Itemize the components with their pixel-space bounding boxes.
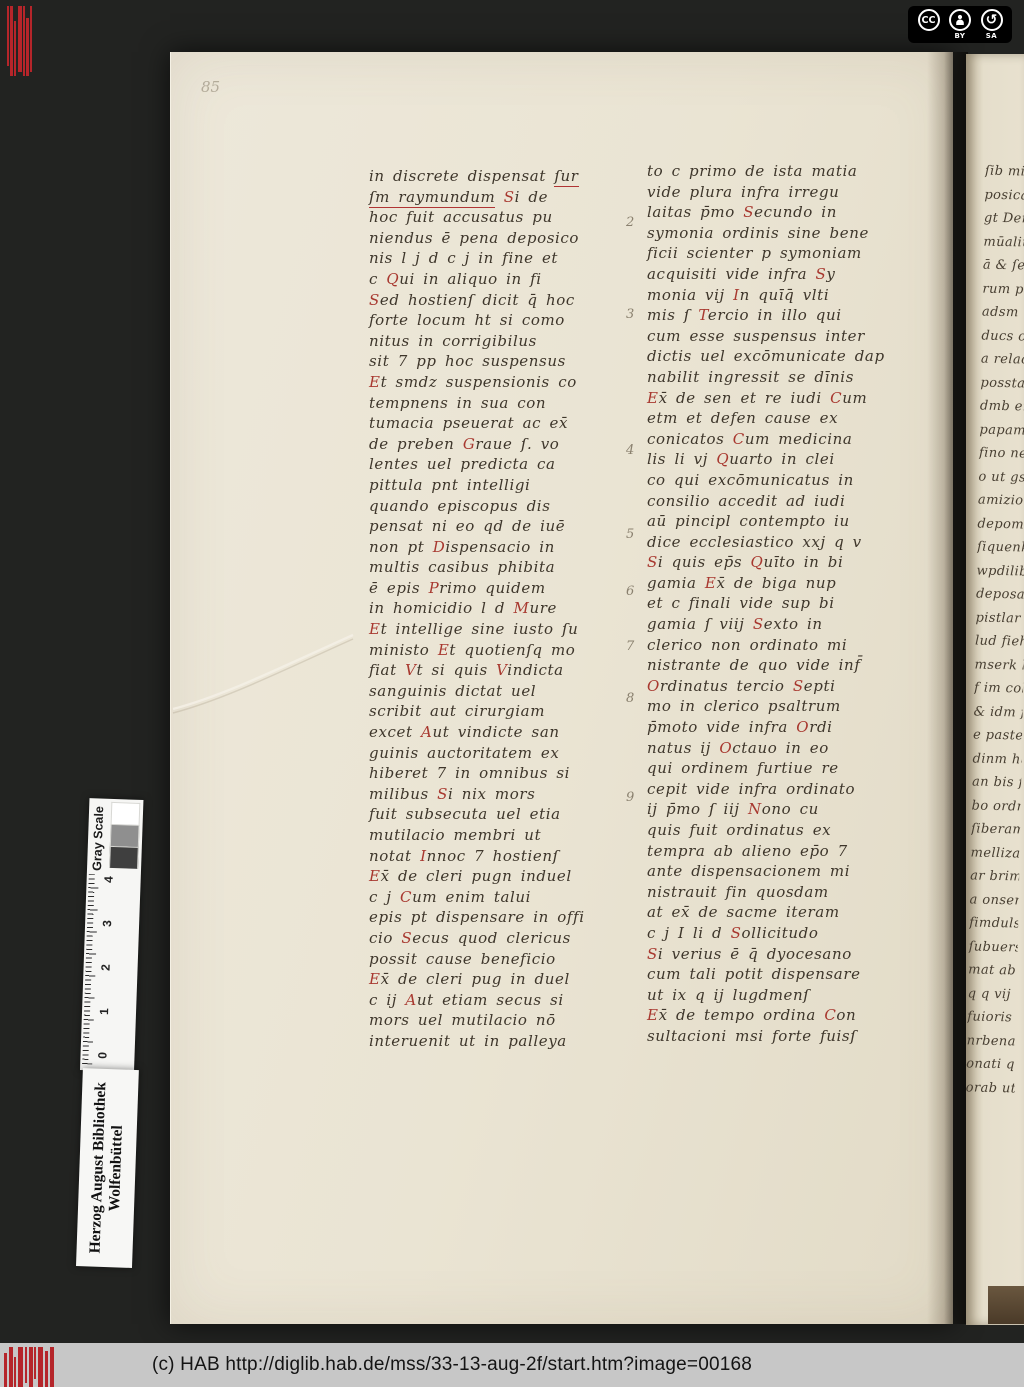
manuscript-line: epis pt dispensare in offi <box>369 908 627 929</box>
cc-license-badge[interactable]: CC BY ↺ SA <box>908 6 1012 43</box>
rubricated-text: S <box>743 203 754 221</box>
rubricated-text: G <box>463 435 476 453</box>
manuscript-line: c j Cum enim talui <box>369 888 627 909</box>
manuscript-line: hiberet 7 in omnibus si <box>369 764 627 785</box>
ruler-number: 0 <box>95 1052 109 1059</box>
manuscript-line: aū pincipl contempto iu <box>647 512 943 533</box>
facing-page-line: bo ordme <box>971 798 1020 823</box>
facing-page-line: ā & ſen c <box>983 258 1024 283</box>
rubricated-text: E <box>647 1006 659 1024</box>
manuscript-line: acquisiti vide infra Sy <box>647 265 943 286</box>
manuscript-line: gamia Ex̄ de biga nup <box>647 574 943 595</box>
manuscript-line: Ex̄ de cleri pug in duel <box>369 970 627 991</box>
manuscript-line: in homicidio l d Mure <box>369 599 627 620</box>
facing-page-line: possta e f <box>980 375 1024 400</box>
manuscript-line: to c primo de ista matia <box>647 162 943 183</box>
rubricated-text: S <box>647 553 658 571</box>
facing-page-line: amizio <box>978 493 1024 518</box>
facing-page-line: pistlar p <box>975 610 1024 635</box>
manuscript-line: natus ij Octauo in eo <box>647 739 943 760</box>
manuscript-line: cum esse suspensus inter <box>647 327 943 348</box>
rubricated-text: D <box>433 538 446 556</box>
manuscript-line: Et intellige sine iusto ſu <box>369 620 627 641</box>
manuscript-line: conicatos Cum medicina <box>647 430 943 451</box>
copyright-text: (c) HAB http://diglib.hab.de/mss/33-13-a… <box>0 1343 904 1387</box>
rubricated-text: S <box>401 929 412 947</box>
facing-page-line: ſib micod <box>985 164 1024 189</box>
manuscript-line: milibus Si nix mors <box>369 785 627 806</box>
manuscript-line: interuenit ut in palleya <box>369 1032 627 1053</box>
facing-page-line: lud fieh <box>975 633 1024 658</box>
facing-page-line: adsm mō <box>982 305 1024 330</box>
rubricated-text: S <box>437 785 448 803</box>
manuscript-line: vide plura infra irregu <box>647 183 943 204</box>
manuscript-line: Sed hostienſ dicit q̄ hoc <box>369 291 627 312</box>
rubricated-text: A <box>405 991 416 1009</box>
manuscript-page: 85 in discrete dispensat ſurſm raymundum… <box>170 52 953 1324</box>
library-label-card: Herzog August Bibliothek Wolfenbüttel <box>76 1068 134 1266</box>
cc-icon: CC <box>918 9 940 31</box>
manuscript-line: fiat Vt si quis Vindicta <box>369 661 627 682</box>
facing-page-line: mat ab bi <box>968 962 1017 987</box>
manuscript-line: possit cause beneficio <box>369 950 627 971</box>
manuscript-line: fuit subsecuta uel etia <box>369 805 627 826</box>
rubricated-text: I <box>733 286 740 304</box>
book-edge <box>988 1286 1024 1324</box>
rubricated-text: A <box>421 723 432 741</box>
red-underlined-text: ſur <box>554 167 578 187</box>
manuscript-line: sultacioni msi forte fuisſ <box>647 1027 943 1048</box>
facing-page-line: e pastea <box>973 727 1022 752</box>
facing-page-line: rum pino <box>982 281 1024 306</box>
manuscript-line: excet Aut vindicte san <box>369 723 627 744</box>
manuscript-line: ut ix q ij lugdmenſ <box>647 986 943 1007</box>
facing-page-line: mserk bie <box>974 657 1023 682</box>
manuscript-line: nistrauit fin quosdam <box>647 883 943 904</box>
share-alike-icon: ↺ <box>981 9 1003 31</box>
facing-page-line: a onser & <box>969 892 1018 917</box>
facing-page-line: nrbenas <box>966 1033 1015 1058</box>
rubricated-text: S <box>793 677 804 695</box>
rubricated-text: S <box>816 265 827 283</box>
rubricated-text: S <box>731 924 742 942</box>
manuscript-line: ē epis Primo quidem <box>369 579 627 600</box>
facing-page-line: papam pe <box>979 422 1024 447</box>
attribution-person-icon <box>949 9 971 31</box>
manuscript-line: at ex̄ de sacme iteram <box>647 903 943 924</box>
rubricated-text: Q <box>751 553 764 571</box>
manuscript-line: Ordinatus tercio Septi <box>647 677 943 698</box>
manuscript-line: cum tali potit dispensare <box>647 965 943 986</box>
copyright-bar: (c) HAB http://diglib.hab.de/mss/33-13-a… <box>0 1343 1024 1387</box>
manuscript-line: de preben Graue ſ. vo <box>369 435 627 456</box>
rubricated-text: S <box>647 945 658 963</box>
margin-numeral: 2 <box>626 215 634 230</box>
library-city: Wolfenbüttel <box>106 1125 127 1212</box>
manuscript-line: Et smdz suspensionis co <box>369 373 627 394</box>
facing-page-line: dinm ha <box>972 751 1021 776</box>
manuscript-line: cio Secus quod clericus <box>369 929 627 950</box>
manuscript-line: Ex̄ de tempo ordina Con <box>647 1006 943 1027</box>
manuscript-line: Ex̄ de sen et re iudi Cum <box>647 389 943 410</box>
text-column-right: to c primo de ista matiavide plura infra… <box>647 162 943 1048</box>
manuscript-line: qui ordinem furtiue re <box>647 759 943 780</box>
facing-page-line: dmb erſt <box>980 399 1024 424</box>
facing-page-line: fuioris <box>967 1009 1016 1034</box>
manuscript-line: hoc fuit accusatus pu <box>369 208 627 229</box>
rubricated-text: C <box>733 430 745 448</box>
rubricated-text: M <box>513 599 529 617</box>
manuscript-line: pensat ni eo qd de iuē <box>369 517 627 538</box>
manuscript-line: Si verius ē q̄ dyocesano <box>647 945 943 966</box>
folio-number: 85 <box>201 78 220 96</box>
by-label: BY <box>954 32 965 40</box>
manuscript-line: multis casibus phibita <box>369 558 627 579</box>
facing-page-line: orab ut c <box>965 1080 1014 1105</box>
rubricated-text: C <box>824 1006 836 1024</box>
margin-numeral: 3 <box>626 307 634 322</box>
manuscript-line: mis ſ Tercio in illo qui <box>647 306 943 327</box>
rubricated-text: V <box>405 661 416 679</box>
gray-scale-card: 01234 Gray Scale <box>80 798 136 1070</box>
manuscript-line: co qui excōmunicatus in <box>647 471 943 492</box>
rubricated-text: O <box>647 677 660 695</box>
manuscript-line: c ij Aut etiam secus si <box>369 991 627 1012</box>
rubricated-text: E <box>369 867 381 885</box>
rubricated-text: E <box>705 574 717 592</box>
red-underlined-text: ſm raymundum <box>369 188 495 208</box>
facing-page-line: ducs crſ <box>981 328 1024 353</box>
manuscript-line: mors uel mutilacio nō <box>369 1011 627 1032</box>
manuscript-line: dice ecclesiastico xxj q v <box>647 533 943 554</box>
rubricated-text: E <box>369 373 381 391</box>
rubricated-text: O <box>719 739 732 757</box>
manuscript-line: ministo Et quotienſq mo <box>369 641 627 662</box>
facing-page-line: wpdilibus <box>976 563 1024 588</box>
manuscript-line: lentes uel predicta ca <box>369 455 627 476</box>
margin-numeral: 5 <box>626 527 634 542</box>
manuscript-line: lis li vj Quarto in clei <box>647 450 943 471</box>
rubricated-text: P <box>429 579 440 597</box>
manuscript-line: consilio accedit ad iudi <box>647 492 943 513</box>
rubricated-text: E <box>369 620 381 638</box>
manuscript-line: laitas p̄mo Secundo in <box>647 203 943 224</box>
manuscript-line: sit 7 pp hoc suspensus <box>369 352 627 373</box>
margin-numeral: 8 <box>626 691 634 706</box>
facing-page-line: & idm fe <box>973 704 1022 729</box>
gray-patch <box>110 824 140 847</box>
manuscript-line: c Qui in aliquo in fi <box>369 270 627 291</box>
rubricated-text: O <box>796 718 809 736</box>
manuscript-line: scribit aut cirurgiam <box>369 702 627 723</box>
facing-page-line: ſiberami <box>971 821 1020 846</box>
facing-page-line: depoma b <box>977 516 1024 541</box>
thread-artifact <box>171 587 361 717</box>
facing-page-line: q q vij <box>967 986 1016 1011</box>
facing-page-line: an bis fa <box>972 774 1021 799</box>
manuscript-line: ante dispensacionem mi <box>647 862 943 883</box>
manuscript-line: non pt Dispensacio in <box>369 538 627 559</box>
manuscript-line: mutilacio membri ut <box>369 826 627 847</box>
gray-scale-label: Gray Scale <box>90 800 107 876</box>
ruler-number: 2 <box>98 964 112 971</box>
color-registration-barcode-top <box>7 6 33 76</box>
facing-page-line: gt Denmi <box>984 211 1024 236</box>
manuscript-line: et c finali vide sup bi <box>647 594 943 615</box>
facing-page-line: f im cob <box>974 680 1023 705</box>
manuscript-line: etm et defen cause ex <box>647 409 943 430</box>
manuscript-line: symonia ordinis sine bene <box>647 224 943 245</box>
gray-patches <box>109 802 140 869</box>
manuscript-line: sanguinis dictat uel <box>369 682 627 703</box>
facing-page-line: ſiquenk <box>977 540 1024 565</box>
facing-page-line: a relacion <box>981 352 1024 377</box>
rubricated-text: V <box>496 661 507 679</box>
ruler-ticks <box>82 874 99 1064</box>
facing-page-line: ſubuersor <box>968 939 1017 964</box>
manuscript-line: Ex̄ de cleri pugn induel <box>369 867 627 888</box>
text-column-left: in discrete dispensat ſurſm raymundum Si… <box>369 167 627 1053</box>
rubricated-text: T <box>698 306 707 324</box>
facing-page-line: fino ner d <box>979 446 1024 471</box>
manuscript-line: clerico non ordinato mi <box>647 636 943 657</box>
rubricated-text: C <box>400 888 412 906</box>
rubricated-text: E <box>647 389 659 407</box>
rubricated-text: I <box>420 847 427 865</box>
manuscript-line: tempnens in sua con <box>369 394 627 415</box>
manuscript-line: nabilit ingressit se dīnis <box>647 368 943 389</box>
digitized-manuscript-photo: 85 in discrete dispensat ſurſm raymundum… <box>0 0 1024 1387</box>
rubricated-text: S <box>753 615 764 633</box>
manuscript-line: ficii scienter p symoniam <box>647 244 943 265</box>
manuscript-line: mo in clerico psaltrum <box>647 697 943 718</box>
manuscript-line: monia vij In quīq̄ vlti <box>647 286 943 307</box>
facing-page-line: deposanor <box>976 586 1024 611</box>
rubricated-text: C <box>830 389 842 407</box>
rubricated-text: Q <box>386 270 399 288</box>
ruler-number: 1 <box>97 1008 111 1015</box>
facing-page-line: ar brim <box>970 868 1019 893</box>
color-registration-barcode-bottom <box>4 1347 54 1387</box>
margin-numeral: 6 <box>626 584 634 599</box>
rubricated-text: Q <box>716 450 729 468</box>
facing-page-line: fimduls <box>969 915 1018 940</box>
margin-numeral: 7 <box>626 639 634 654</box>
manuscript-line: quando episcopus dis <box>369 497 627 518</box>
manuscript-line: forte locum ht si como <box>369 311 627 332</box>
sa-label: SA <box>986 32 997 40</box>
manuscript-line: in discrete dispensat ſur <box>369 167 627 188</box>
manuscript-line: cepit vide infra ordinato <box>647 780 943 801</box>
rubricated-text: E <box>438 641 450 659</box>
facing-page-line: o ut gst p <box>978 469 1024 494</box>
rubricated-text: S <box>369 291 380 309</box>
manuscript-line: ij p̄mo ſ iij Nono cu <box>647 800 943 821</box>
rubricated-text: N <box>748 800 762 818</box>
manuscript-line: p̄moto vide infra Ordi <box>647 718 943 739</box>
gray-patch <box>109 846 139 869</box>
margin-numeral: 9 <box>626 790 634 805</box>
manuscript-line: Si quis ep̄s Quīto in bi <box>647 553 943 574</box>
manuscript-line: nistrante de quo vide inf̄ <box>647 656 943 677</box>
manuscript-line: dictis uel excōmunicate dap <box>647 347 943 368</box>
rubricated-text: E <box>369 970 381 988</box>
facing-page-line: posica mir <box>984 187 1024 212</box>
margin-numeral: 4 <box>626 443 634 458</box>
manuscript-line: niendus ē pena deposico <box>369 229 627 250</box>
gutter-shadow <box>944 52 968 1324</box>
ruler-number: 4 <box>102 876 116 883</box>
ruler-number: 3 <box>100 920 114 927</box>
manuscript-line: tumacia pseuerat ac ex̄ <box>369 414 627 435</box>
facing-page-line: mūaliub o <box>983 234 1024 259</box>
facing-page-edge: ſib micodposica mirgt Denmimūaliub oā & … <box>966 54 1024 1325</box>
manuscript-line: tempra ab alieno ep̄o 7 <box>647 842 943 863</box>
rubricated-text: S <box>504 188 515 206</box>
facing-page-line: onati qu <box>966 1056 1015 1081</box>
manuscript-line: guinis auctoritatem ex <box>369 744 627 765</box>
manuscript-line: gamia ſ viij Sexto in <box>647 615 943 636</box>
manuscript-line: c j I li d Sollicitudo <box>647 924 943 945</box>
manuscript-line: quis fuit ordinatus ex <box>647 821 943 842</box>
gray-patch <box>111 802 141 825</box>
manuscript-line: nitus in corrigibilus <box>369 332 627 353</box>
manuscript-line: pittula pnt intelligi <box>369 476 627 497</box>
manuscript-line: nis l j d c j in fine et <box>369 249 627 270</box>
facing-page-line: mellizab <box>970 845 1019 870</box>
facing-page-text-fragments: ſib micodposica mirgt Denmimūaliub oā & … <box>965 164 1024 1125</box>
manuscript-line: notat Innoc 7 hostienſ <box>369 847 627 868</box>
manuscript-line: ſm raymundum Si de <box>369 188 627 209</box>
